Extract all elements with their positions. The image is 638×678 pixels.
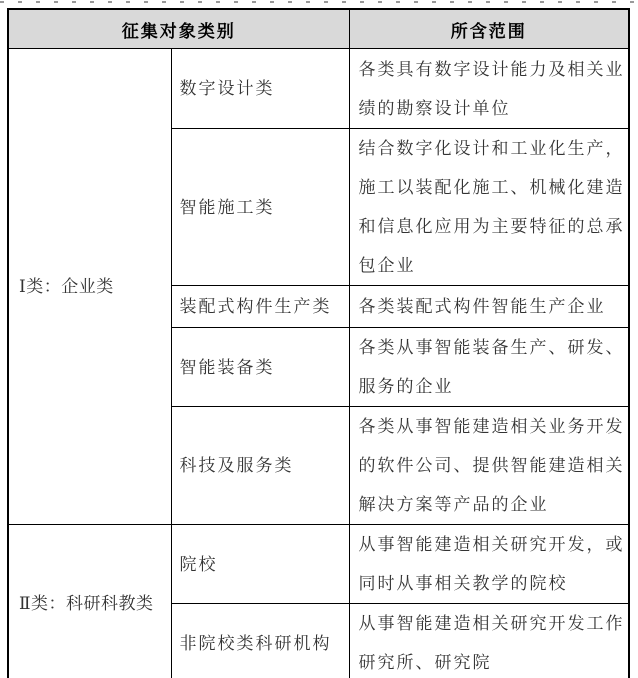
header-category-col: 征集对象类别 (8, 9, 349, 49)
category-cell: 科技及服务类 (171, 407, 349, 525)
scope-cell: 各类从事智能建造相关业务开发 的软件公司、提供智能建造相关 解决方案等产品的企业 (349, 407, 629, 525)
scope-cell: 从事智能建造相关研究开发工作 研究所、研究院 (349, 604, 629, 678)
category-cell: 智能施工类 (171, 129, 349, 286)
page-top-dashed-line (0, 1, 638, 3)
scope-cell: 各类具有数字设计能力及相关业 绩的勘察设计单位 (349, 49, 629, 129)
scope-cell: 结合数字化设计和工业化生产， 施工以装配化施工、机械化建造 和信息化应用为主要特… (349, 129, 629, 286)
scope-cell: 从事智能建造相关研究开发，或 同时从事相关教学的院校 (349, 525, 629, 604)
group-label-enterprise: Ⅰ类：企业类 (8, 49, 171, 525)
table-header-row: 征集对象类别 所含范围 (8, 9, 629, 49)
category-cell: 院校 (171, 525, 349, 604)
category-cell: 非院校类科研机构 (171, 604, 349, 678)
document-page: 征集对象类别 所含范围 Ⅰ类：企业类 数字设计类 各类具有数字设计能力及相关业 … (0, 0, 638, 678)
category-cell: 数字设计类 (171, 49, 349, 129)
category-cell: 装配式构件生产类 (171, 286, 349, 328)
table-row: Ⅰ类：企业类 数字设计类 各类具有数字设计能力及相关业 绩的勘察设计单位 (8, 49, 629, 129)
group-label-research: Ⅱ类：科研科教类 (8, 525, 171, 678)
category-table: 征集对象类别 所含范围 Ⅰ类：企业类 数字设计类 各类具有数字设计能力及相关业 … (7, 8, 630, 678)
table-row: Ⅱ类：科研科教类 院校 从事智能建造相关研究开发，或 同时从事相关教学的院校 (8, 525, 629, 604)
header-scope-col: 所含范围 (349, 9, 629, 49)
scope-cell: 各类从事智能装备生产、研发、 服务的企业 (349, 328, 629, 407)
scope-cell: 各类装配式构件智能生产企业 (349, 286, 629, 328)
category-cell: 智能装备类 (171, 328, 349, 407)
